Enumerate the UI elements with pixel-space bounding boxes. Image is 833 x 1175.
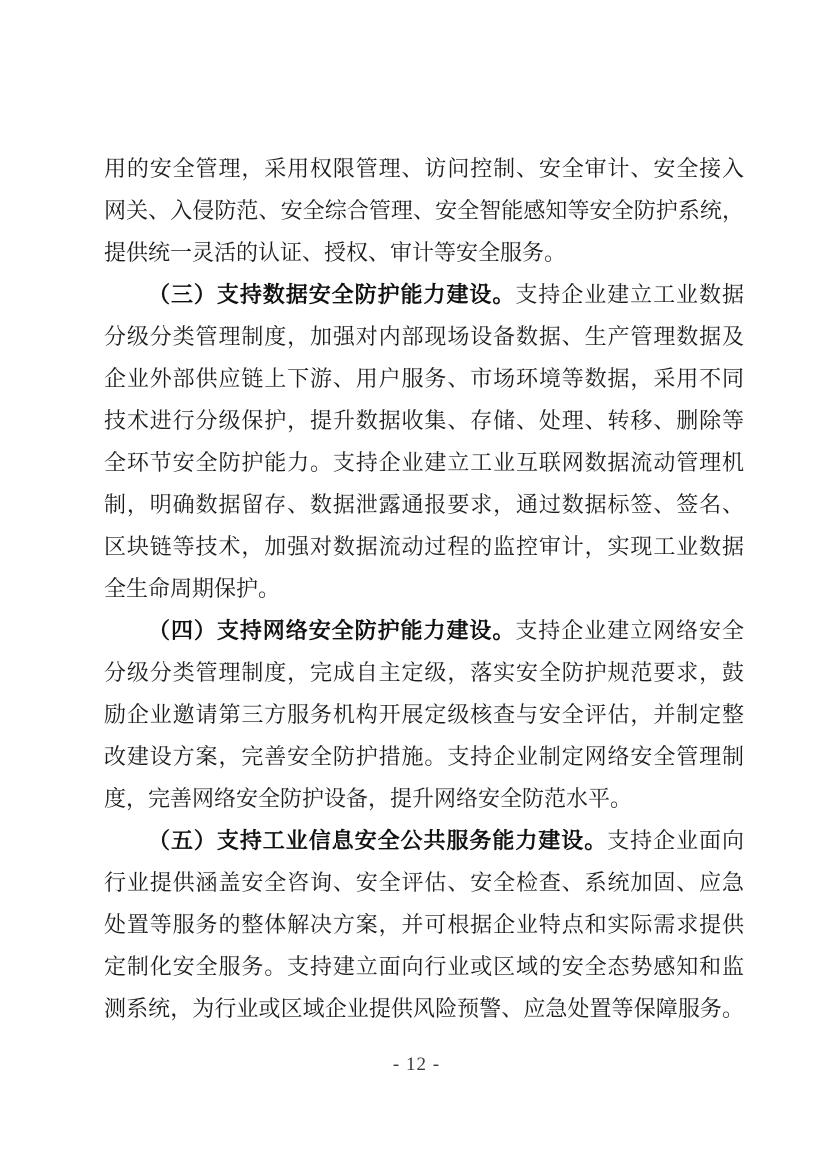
section-heading: （三）支持数据安全防护能力建设。: [148, 282, 515, 307]
body-text: 励企业邀请第三方服务机构开展定级核查与安全评估，并制定整: [104, 702, 744, 727]
body-text: 改建设方案，完善安全防护措施。支持企业制定网络安全管理制: [104, 744, 744, 769]
body-text: 网关、入侵防范、安全综合管理、安全智能感知等安全防护系统，: [104, 198, 744, 223]
text-line: （三）支持数据安全防护能力建设。支持企业建立工业数据: [104, 274, 744, 316]
text-line: 技术进行分级保护，提升数据收集、存储、处理、转移、删除等: [104, 400, 744, 442]
text-line: 全生命周期保护。: [104, 568, 744, 610]
text-line: 行业提供涵盖安全咨询、安全评估、安全检查、系统加固、应急: [104, 862, 744, 904]
text-line: 改建设方案，完善安全防护措施。支持企业制定网络安全管理制: [104, 736, 744, 778]
body-text: 分级分类管理制度，完成自主定级，落实安全防护规范要求，鼓: [104, 660, 744, 685]
body-text: 支持企业建立网络安全: [515, 618, 744, 643]
body-text: 定制化安全服务。支持建立面向行业或区域的安全态势感知和监: [104, 954, 744, 979]
body-text: 全生命周期保护。: [104, 576, 280, 601]
text-line: 测系统，为行业或区域企业提供风险预警、应急处置等保障服务。: [104, 988, 744, 1030]
body-text: 测系统，为行业或区域企业提供风险预警、应急处置等保障服务。: [104, 996, 744, 1021]
body-text: 区块链等技术，加强对数据流动过程的监控审计，实现工业数据: [104, 534, 744, 559]
text-line: （四）支持网络安全防护能力建设。支持企业建立网络安全: [104, 610, 744, 652]
page-footer: - 12 -: [0, 1052, 833, 1078]
text-line: 网关、入侵防范、安全综合管理、安全智能感知等安全防护系统，: [104, 190, 744, 232]
text-line: 分级分类管理制度，完成自主定级，落实安全防护规范要求，鼓: [104, 652, 744, 694]
text-line: 定制化安全服务。支持建立面向行业或区域的安全态势感知和监: [104, 946, 744, 988]
body-text: 分级分类管理制度，加强对内部现场设备数据、生产管理数据及: [104, 324, 744, 349]
text-line: 度，完善网络安全防护设备，提升网络安全防范水平。: [104, 778, 744, 820]
body-text: 技术进行分级保护，提升数据收集、存储、处理、转移、删除等: [104, 408, 744, 433]
text-line: 用的安全管理，采用权限管理、访问控制、安全审计、安全接入: [104, 148, 744, 190]
text-line: 企业外部供应链上下游、用户服务、市场环境等数据，采用不同: [104, 358, 744, 400]
body-text: 处置等服务的整体解决方案，并可根据企业特点和实际需求提供: [104, 912, 744, 937]
body-text: 支持企业建立工业数据: [515, 282, 744, 307]
text-line: 制，明确数据留存、数据泄露通报要求，通过数据标签、签名、: [104, 484, 744, 526]
body-text: 支持企业面向: [607, 828, 744, 853]
section-heading: （四）支持网络安全防护能力建设。: [148, 618, 515, 643]
text-line: （五）支持工业信息安全公共服务能力建设。支持企业面向: [104, 820, 744, 862]
section-heading: （五）支持工业信息安全公共服务能力建设。: [148, 828, 607, 853]
body-text: 全环节安全防护能力。支持企业建立工业互联网数据流动管理机: [104, 450, 744, 475]
document-body: 用的安全管理，采用权限管理、访问控制、安全审计、安全接入网关、入侵防范、安全综合…: [104, 148, 744, 1030]
page-number: - 12 -: [393, 1054, 440, 1075]
body-text: 提供统一灵活的认证、授权、审计等安全服务。: [104, 240, 566, 265]
text-line: 处置等服务的整体解决方案，并可根据企业特点和实际需求提供: [104, 904, 744, 946]
text-line: 全环节安全防护能力。支持企业建立工业互联网数据流动管理机: [104, 442, 744, 484]
body-text: 度，完善网络安全防护设备，提升网络安全防范水平。: [104, 786, 632, 811]
body-text: 制，明确数据留存、数据泄露通报要求，通过数据标签、签名、: [104, 492, 744, 517]
text-line: 分级分类管理制度，加强对内部现场设备数据、生产管理数据及: [104, 316, 744, 358]
document-page: 用的安全管理，采用权限管理、访问控制、安全审计、安全接入网关、入侵防范、安全综合…: [0, 0, 833, 1175]
body-text: 用的安全管理，采用权限管理、访问控制、安全审计、安全接入: [104, 156, 744, 181]
text-line: 励企业邀请第三方服务机构开展定级核查与安全评估，并制定整: [104, 694, 744, 736]
body-text: 企业外部供应链上下游、用户服务、市场环境等数据，采用不同: [104, 366, 744, 391]
body-text: 行业提供涵盖安全咨询、安全评估、安全检查、系统加固、应急: [104, 870, 744, 895]
text-line: 提供统一灵活的认证、授权、审计等安全服务。: [104, 232, 744, 274]
text-line: 区块链等技术，加强对数据流动过程的监控审计，实现工业数据: [104, 526, 744, 568]
